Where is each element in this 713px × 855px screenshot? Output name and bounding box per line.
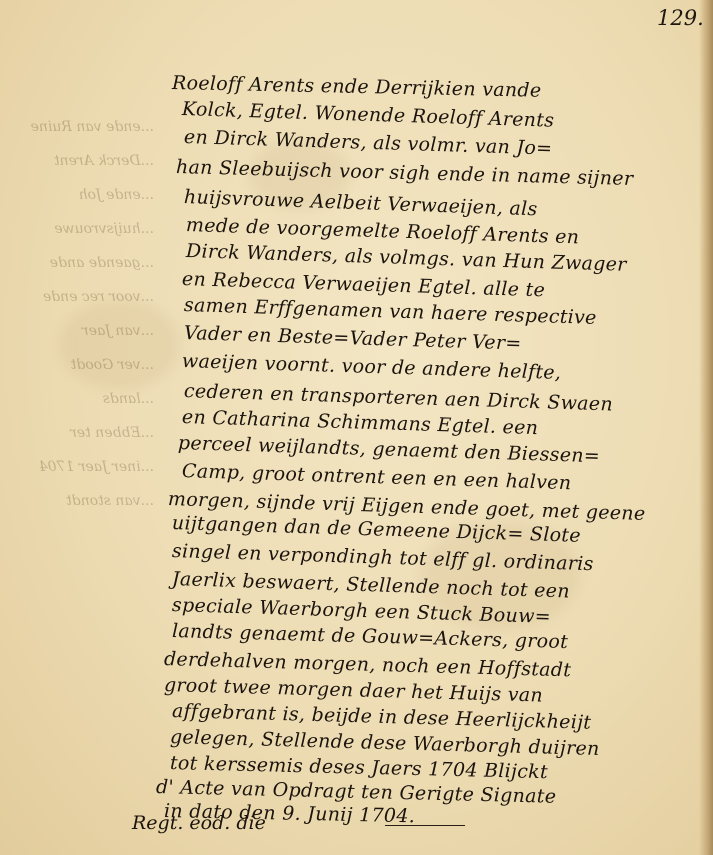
manuscript-line: Roeloff Arents ende Derrijkien vande <box>172 72 542 102</box>
bleed-line: ...huijsvrouwe <box>4 212 154 246</box>
manuscript-line: Kolck, Egtel. Wonende Roeloff Arents <box>182 98 555 132</box>
bleed-line: ...lands <box>4 382 154 416</box>
bleed-line: ...gaende ande <box>4 246 154 280</box>
page-edge <box>699 0 713 855</box>
bleed-line: ...Ebben ter <box>4 416 154 450</box>
bleed-line: ...van Jaer <box>4 314 154 348</box>
bleed-line: ...voor rec ende <box>4 280 154 314</box>
page-number: 129. <box>657 6 704 30</box>
bleed-line: ...ver Goodt <box>4 348 154 382</box>
bleed-line: ...ende van Ruine <box>4 110 154 144</box>
manuscript-line: Camp, groot ontrent een en een halven <box>182 460 572 494</box>
registration-note: Regt. eod. die <box>132 812 266 834</box>
bleed-line: ...van stondt <box>4 484 154 518</box>
manuscript-line: han Sleebuijsch voor sigh ende in name s… <box>176 156 634 190</box>
manuscript-line: en Dirck Wanders, als volmr. van Jo= <box>184 126 553 160</box>
bleed-line: ...ende Joh <box>4 178 154 212</box>
manuscript-page: 129. ...ende van Ruine ...Derck Arent ..… <box>0 0 713 855</box>
manuscript-line: waeijen voornt. voor de andere helfte, <box>182 350 562 384</box>
bleed-through-text: ...ende van Ruine ...Derck Arent ...ende… <box>4 110 154 518</box>
manuscript-line: Vader en Beste=Vader Peter Ver= <box>184 322 522 355</box>
date-underline <box>385 825 465 826</box>
bleed-line: ...iner Jaer 1704 <box>4 450 154 484</box>
bleed-line: ...Derck Arent <box>4 144 154 178</box>
